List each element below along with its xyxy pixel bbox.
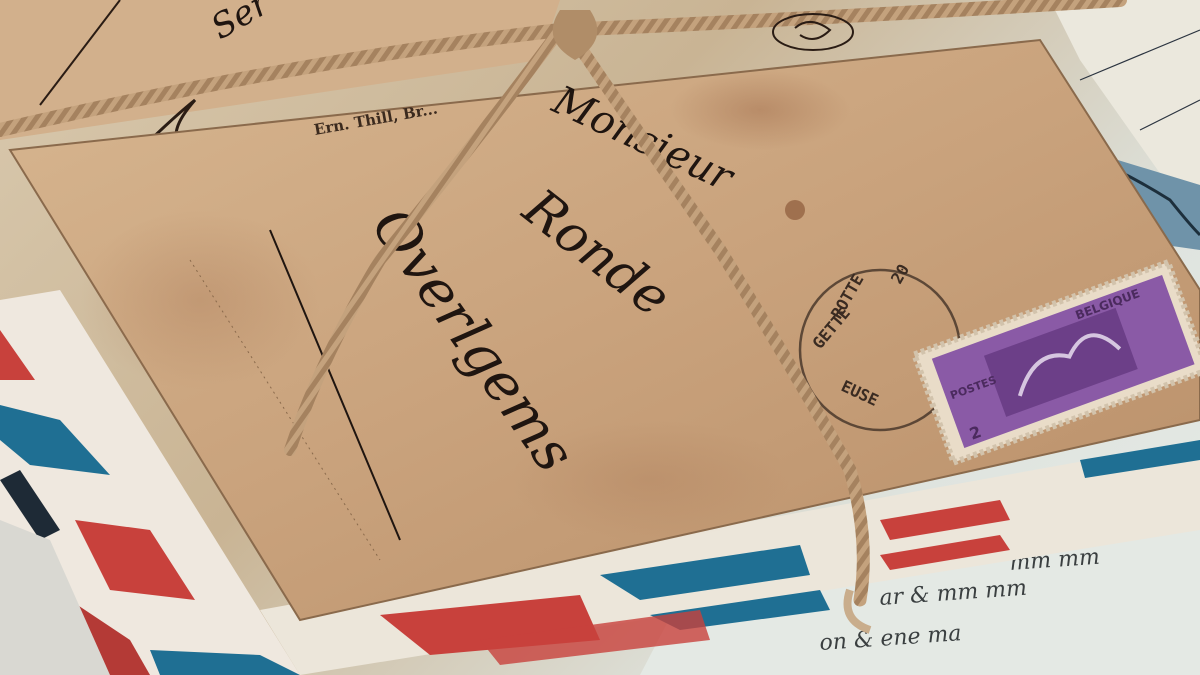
letters-photo: mm mm ar & mm mm on & ene ma — [0, 0, 1200, 675]
photo-illustration: mm mm ar & mm mm on & ene ma — [0, 0, 1200, 675]
